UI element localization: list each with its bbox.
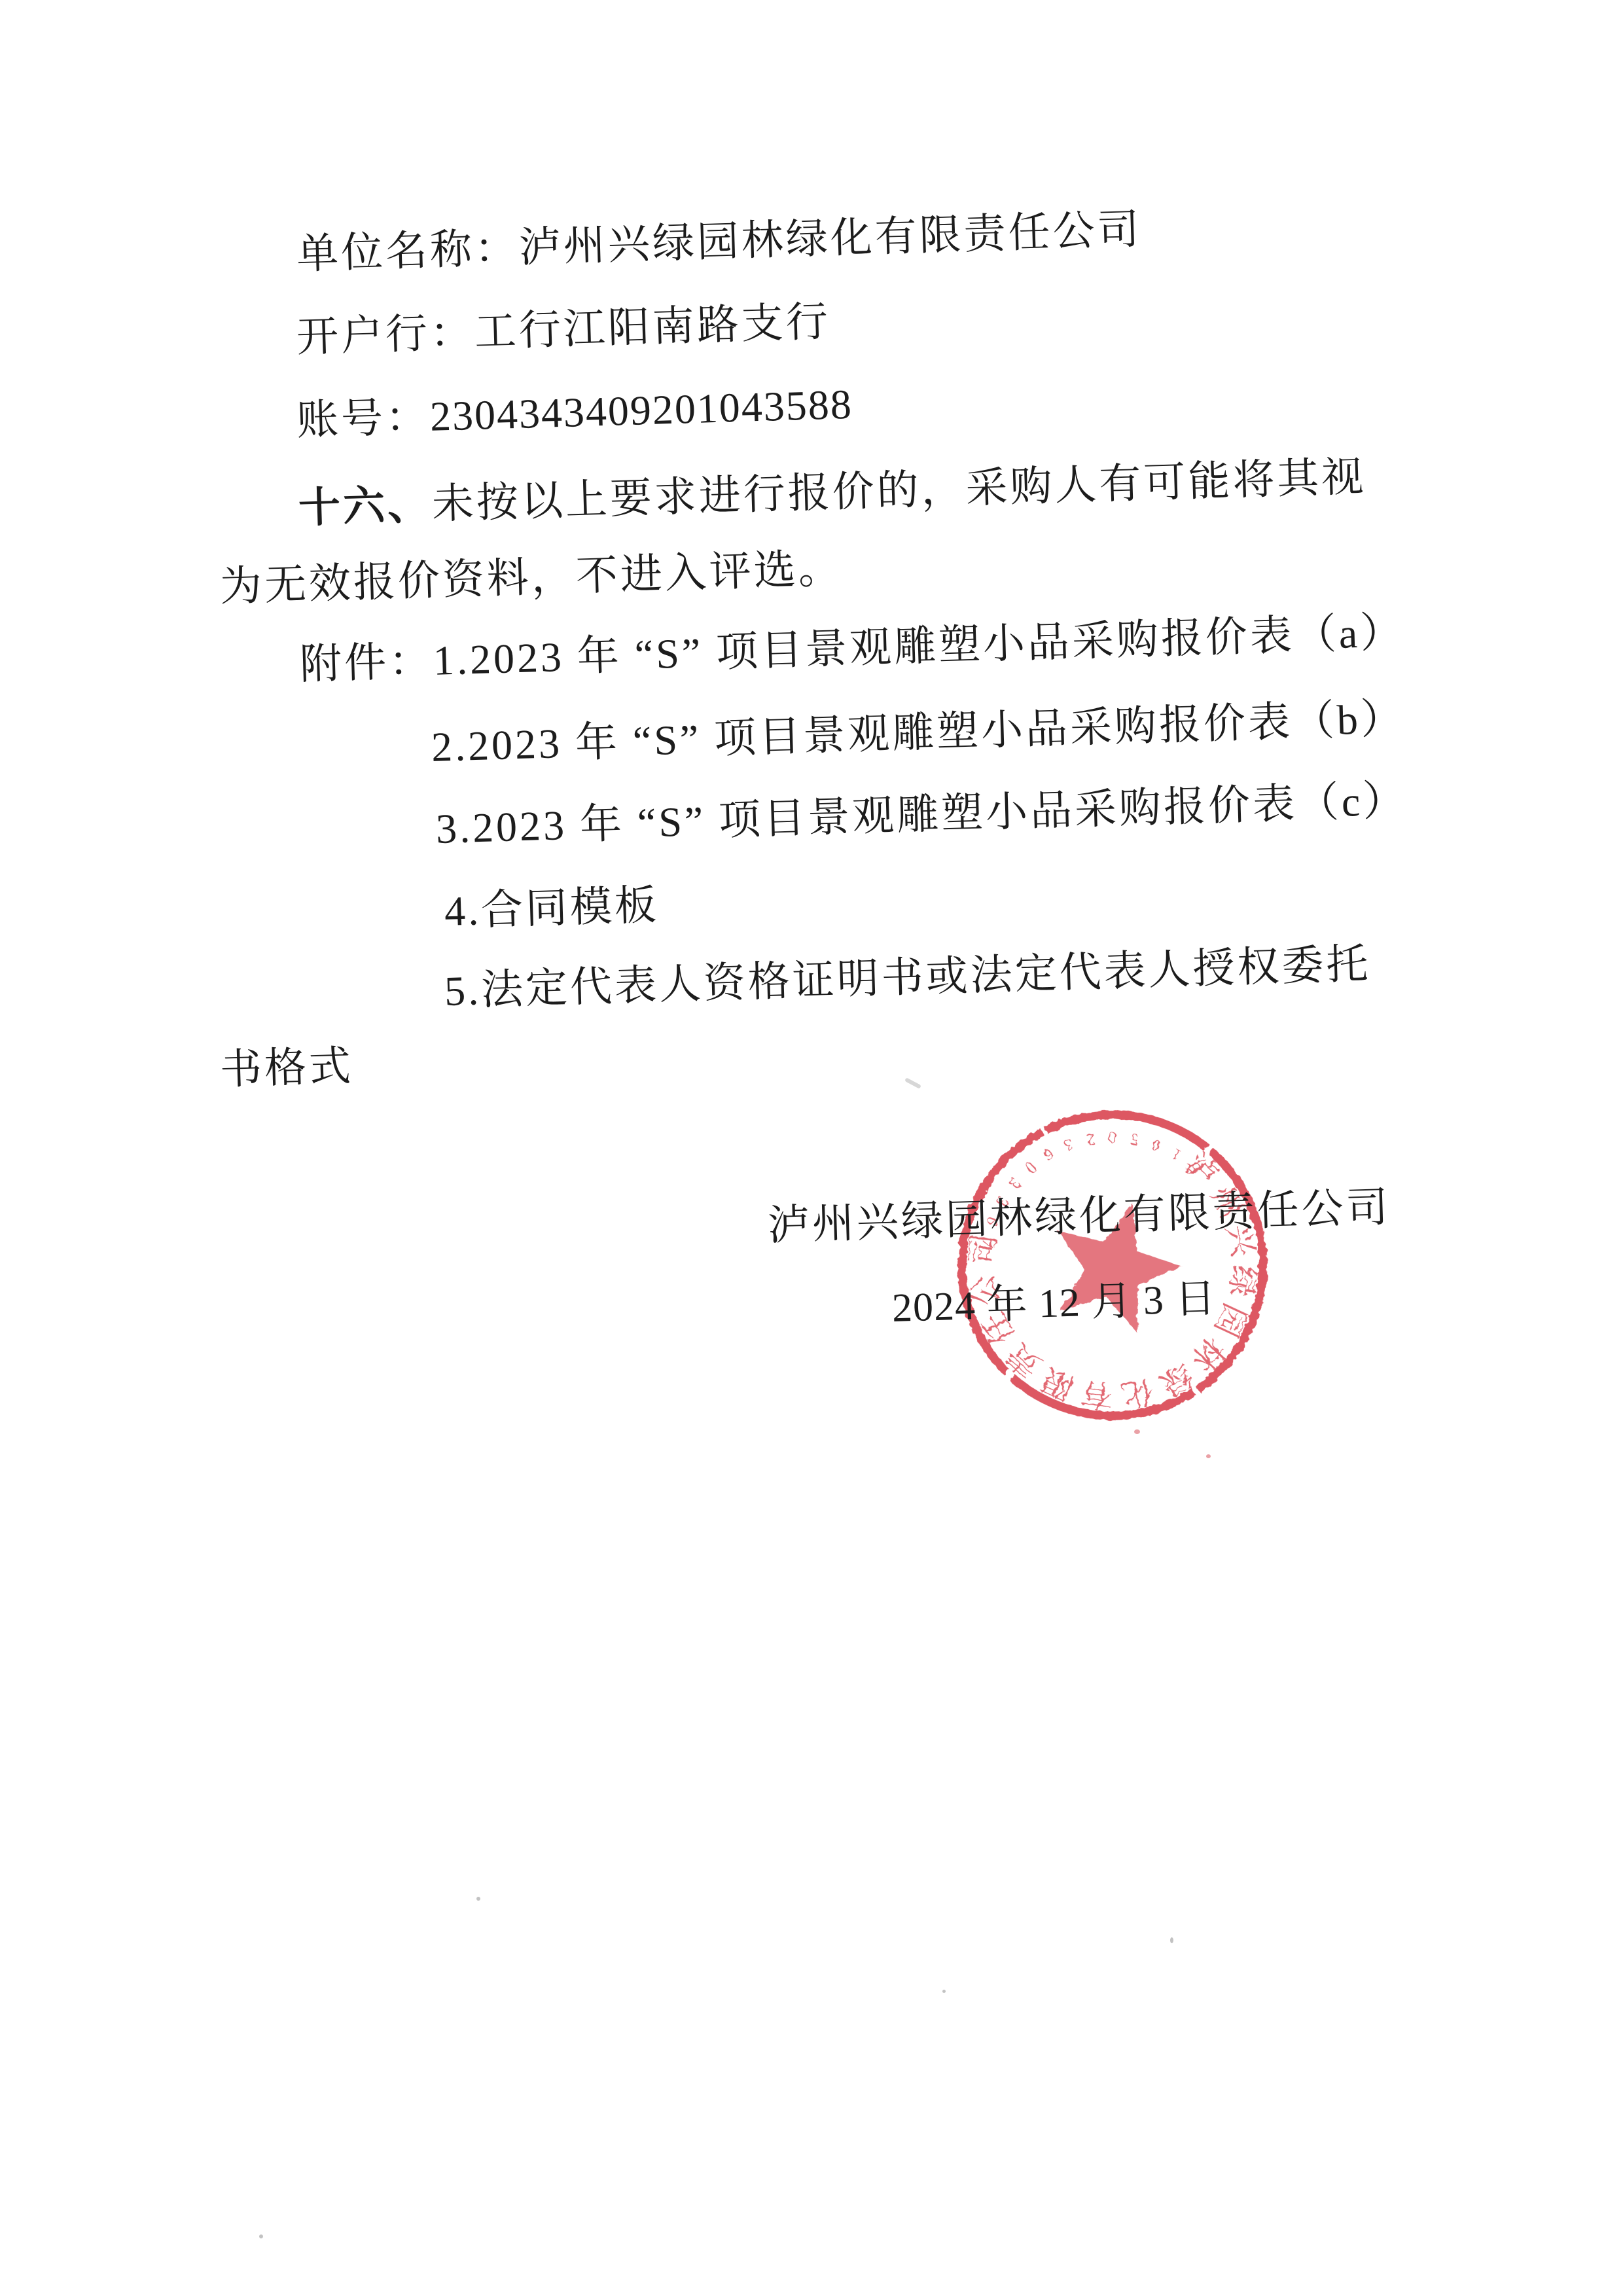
attachment-item-5: 5.法定代表人资格证明书或法定代表人授权委托 [444, 941, 1371, 1014]
signature-company: 泸州兴绿园林绿化有限责任公司 [767, 1184, 1391, 1249]
attachment-item-1: 1.2023 年 “S” 项目景观雕塑小品采购报价表（a） [433, 609, 1405, 684]
svg-text:5: 5 [1129, 1130, 1140, 1149]
seal-svg: 泸州兴绿园林绿化有限责任公司 5105023603367 [941, 1094, 1284, 1437]
attachment-line-1: 附件：1.2023 年 “S” 项目景观雕塑小品采购报价表（a） [299, 608, 1405, 689]
clause-text-2: 为无效报价资料，不进入评选。 [219, 545, 844, 610]
account-number: 2304343409201043588 [429, 381, 853, 440]
scan-scratch [904, 1077, 921, 1089]
scan-speck [1170, 1937, 1173, 1943]
document-page: 单位名称：泸州兴绿园林绿化有限责任公司 开户行：工行江阳南路支行 账号：2304… [0, 0, 1623, 2296]
svg-text:有: 有 [1079, 1375, 1115, 1413]
svg-text:3: 3 [1005, 1174, 1024, 1192]
attachment-line-5: 5.法定代表人资格证明书或法定代表人授权委托 [444, 940, 1372, 1016]
attachment-item-2: 2.2023 年 “S” 项目景观雕塑小品采购报价表（b） [431, 695, 1406, 770]
unit-name-line: 单位名称：泸州兴绿园林绿化有限责任公司 [296, 206, 1143, 279]
seal-group: 泸州兴绿园林绿化有限责任公司 5105023603367 [941, 1094, 1284, 1437]
scan-speck [1206, 1454, 1211, 1458]
svg-text:化: 化 [1118, 1372, 1156, 1412]
svg-text:1: 1 [1169, 1145, 1185, 1164]
unit-name-label: 单位名称： [296, 224, 520, 278]
attachment-line-2: 2.2023 年 “S” 项目景观雕塑小品采购报价表（b） [431, 694, 1406, 772]
attachment-line-5-wrap: 书格式 [219, 1042, 354, 1094]
svg-text:0: 0 [1109, 1128, 1117, 1146]
attachment-item-5-wrap: 书格式 [219, 1043, 354, 1093]
attachments-label: 附件： [299, 637, 434, 688]
svg-text:6: 6 [1041, 1145, 1056, 1164]
clause-number: 十六、 [298, 481, 433, 531]
unit-name-value: 泸州兴绿园林绿化有限责任公司 [518, 206, 1143, 271]
scan-speck [942, 1990, 946, 1993]
bank-label: 开户行： [296, 309, 475, 361]
svg-text:2: 2 [1085, 1130, 1096, 1149]
signature-company-line: 泸州兴绿园林绿化有限责任公司 [767, 1183, 1391, 1250]
bank-value: 工行江阳南路支行 [474, 298, 831, 355]
svg-text:0: 0 [1149, 1135, 1163, 1155]
account-label: 账号： [296, 393, 431, 444]
scan-speck [259, 2234, 263, 2238]
signature-date: 2024 年 12 月 3 日 [891, 1276, 1217, 1331]
account-line: 账号：2304343409201043588 [296, 380, 853, 445]
clause-line-2: 为无效报价资料，不进入评选。 [219, 545, 844, 611]
svg-text:3: 3 [1062, 1135, 1076, 1155]
svg-text:绿: 绿 [1222, 1263, 1260, 1299]
scan-speck [476, 1897, 480, 1901]
attachment-item-3: 3.2023 年 “S” 项目景观雕塑小品采购报价表（c） [435, 777, 1408, 852]
attachment-line-4: 4.合同模板 [444, 881, 660, 935]
signature-date-line: 2024 年 12 月 3 日 [891, 1276, 1217, 1332]
clause-text-1: 未按以上要求进行报价的，采购人有可能将其视 [431, 454, 1366, 528]
clause-line-1: 十六、未按以上要求进行报价的，采购人有可能将其视 [298, 453, 1366, 533]
attachment-item-4: 4.合同模板 [444, 882, 660, 935]
bank-line: 开户行：工行江阳南路支行 [296, 298, 831, 362]
attachment-line-3: 3.2023 年 “S” 项目景观雕塑小品采购报价表（c） [435, 776, 1408, 853]
svg-text:0: 0 [1022, 1158, 1039, 1177]
company-seal-stamp: 泸州兴绿园林绿化有限责任公司 5105023603367 [941, 1094, 1284, 1437]
